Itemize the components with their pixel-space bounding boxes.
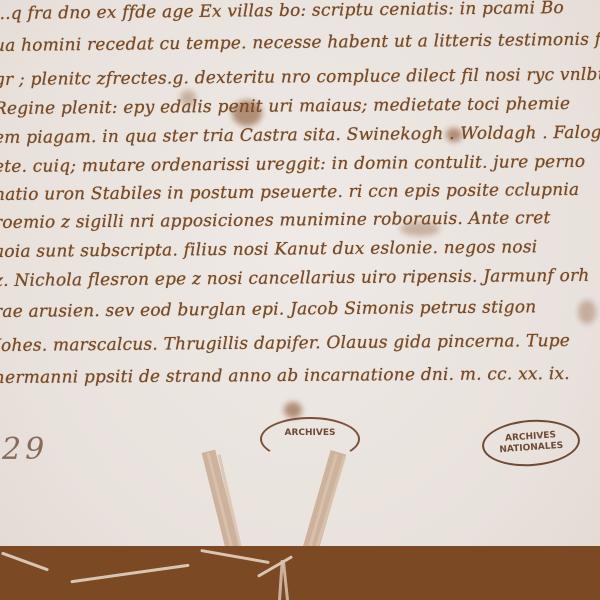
- ink-stain: [180, 90, 196, 106]
- archives-nationales-stamp: ARCHIVES NATIONALES: [481, 417, 582, 470]
- charter-photograph: ...q fra dno ex ffde age Ex villas bo: s…: [0, 0, 600, 600]
- stamp-text: ARCHIVES: [262, 428, 358, 439]
- script-line: roemio z sigilli nri apposiciones munimi…: [0, 208, 551, 233]
- ink-stain: [446, 128, 462, 142]
- script-line: Regine plenit: epy edalis penit uri maia…: [0, 94, 570, 119]
- ink-stain: [284, 402, 302, 418]
- script-line: ua homini recedat cu tempe. necesse habe…: [0, 29, 600, 56]
- folio-number: 29: [2, 432, 48, 467]
- dark-background-band: [0, 546, 600, 600]
- script-line: hermanni ppsiti de strand anno ab incarn…: [0, 364, 570, 388]
- script-line: ete. cuiq; mutare ordenarissi ureggit: i…: [0, 152, 585, 177]
- script-line: Johes. marscalcus. Thrugillis dapifer. O…: [0, 331, 570, 356]
- script-line: rae arusien. sev eod burglan epi. Jacob …: [0, 297, 536, 322]
- ink-stain: [400, 222, 440, 236]
- script-line: ...q fra dno ex ffde age Ex villas bo: s…: [0, 0, 564, 24]
- script-line: natio uron Stabiles in postum pseuerte. …: [0, 180, 579, 205]
- script-line: gr ; plenitc zfrectes.g. dexteritu nro c…: [0, 65, 600, 90]
- script-line: em piagam. in qua ster tria Castra sita.…: [0, 123, 600, 148]
- ink-stain: [578, 300, 596, 324]
- ink-stain: [232, 100, 262, 126]
- script-line: z. Nichola flesron epe z nosi cancellari…: [0, 266, 590, 291]
- script-line: aoia sunt subscripta. filius nosi Kanut …: [0, 237, 537, 262]
